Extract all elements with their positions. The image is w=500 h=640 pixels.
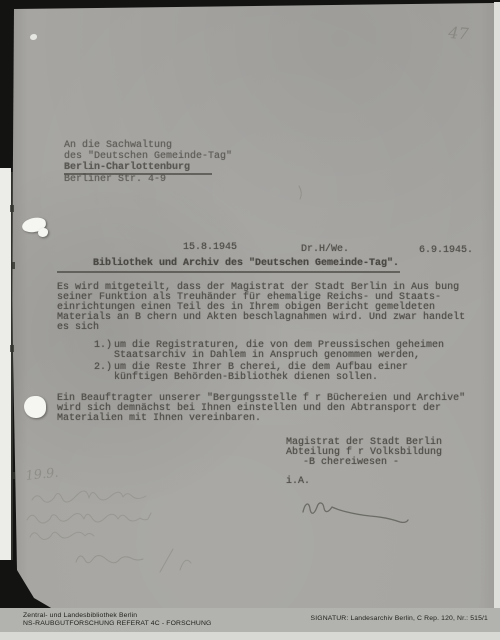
- recipient-line: An die Sachwaltung: [64, 141, 172, 151]
- signature-org-line: -B chereiwesen -: [303, 458, 399, 468]
- archive-footer-bar: Zentral- und Landesbibliothek Berlin NS-…: [0, 608, 500, 632]
- scanned-document: An die Sachwaltung des "Deutschen Gemein…: [0, 0, 500, 640]
- scanner-edge-right: [494, 2, 500, 640]
- archive-signatur: SIGNATUR: Landesarchiv Berlin, C Rep. 12…: [311, 615, 488, 622]
- list-item-line: Staatsarchiv in Dahlem in Anspruch genom…: [114, 351, 420, 361]
- paper-speck: [30, 34, 37, 40]
- body-line: Materialien mit Ihnen vereinbaren.: [57, 414, 261, 424]
- punch-hole-bottom: [24, 396, 46, 418]
- torn-left-edge: [11, 172, 13, 560]
- reference-code: Dr.H/We.: [301, 245, 349, 255]
- subject-line: Bibliothek und Archiv des "Deutschen Gem…: [93, 259, 399, 269]
- recipient-line-city: Berlin-Charlottenburg: [64, 163, 190, 173]
- subject-underline: [57, 271, 400, 273]
- edge-nick: [10, 205, 14, 212]
- recipient-line: Berliner Str. 4-9: [64, 175, 166, 185]
- date-sent: 15.8.1945: [183, 243, 237, 253]
- edge-nick: [10, 345, 14, 352]
- library-name: Zentral- und Landesbibliothek Berlin: [23, 612, 211, 620]
- scanner-edge-left: [0, 168, 11, 560]
- edge-nick: [11, 472, 15, 479]
- signed-abbreviation: i.A.: [286, 477, 310, 487]
- footer-bottom-strip: [0, 632, 500, 640]
- list-item-line: künftigen Behörden-Bibliothek dienen sol…: [114, 373, 378, 383]
- body-line: es sich: [57, 323, 99, 333]
- punch-hole-top-fragment: [38, 228, 48, 237]
- archive-footer-left: Zentral- und Landesbibliothek Berlin NS-…: [23, 612, 211, 628]
- recipient-line: des "Deutschen Gemeinde-Tag": [64, 152, 232, 162]
- body-line: Materials an B chern und Akten beschlagn…: [57, 313, 465, 323]
- project-name: NS-RAUBGUTFORSCHUNG REFERAT 4C - FORSCHU…: [23, 620, 211, 628]
- edge-nick: [11, 262, 15, 269]
- date-received: 6.9.1945.: [419, 246, 473, 256]
- list-item-marker: 1.): [94, 341, 112, 351]
- list-item-marker: 2.): [94, 363, 112, 373]
